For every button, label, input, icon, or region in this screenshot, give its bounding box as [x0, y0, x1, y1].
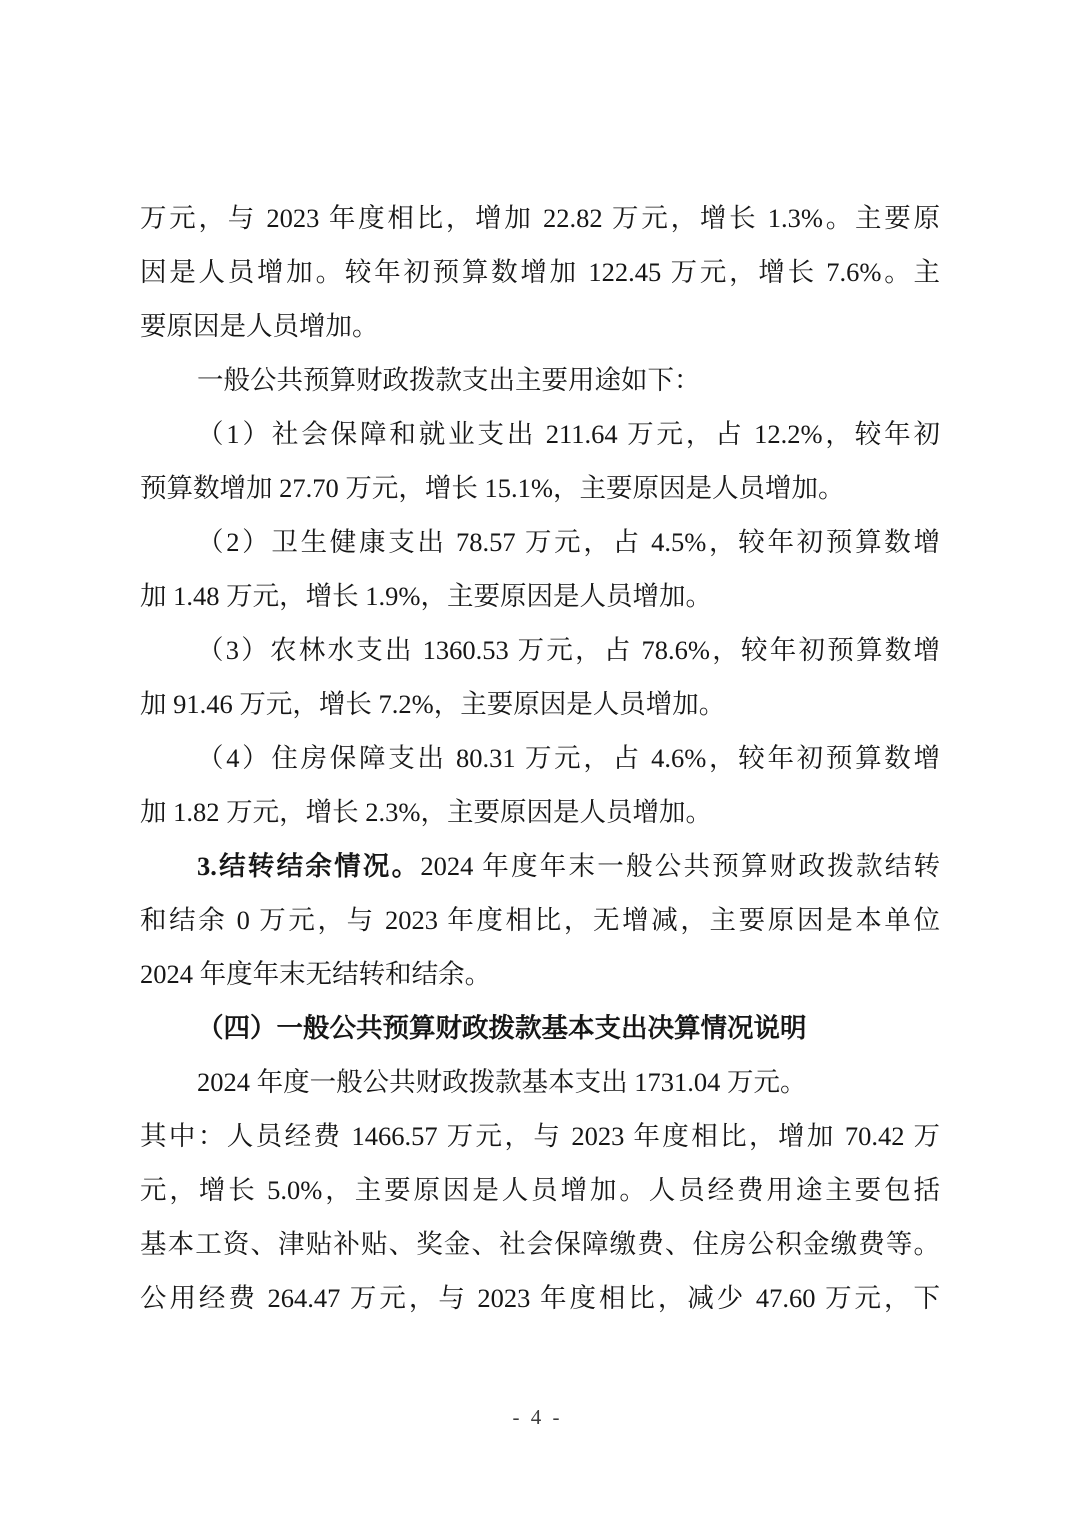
document-page: 万元，与 2023 年度相比，增加 22.82 万元，增长 1.3%。主要原 因… — [0, 0, 1075, 1520]
section-heading: （四）一般公共预算财政拨款基本支出决算情况说明 — [140, 1001, 940, 1055]
text-line: 其中：人员经费 1466.57 万元，与 2023 年度相比，增加 70.42 … — [140, 1109, 940, 1163]
page-number: - 4 - — [0, 1402, 1075, 1432]
text-line: 因是人员增加。较年初预算数增加 122.45 万元，增长 7.6%。主 — [140, 245, 940, 299]
text-line: （2）卫生健康支出 78.57 万元，占 4.5%，较年初预算数增 — [140, 515, 940, 569]
document-text-block: 万元，与 2023 年度相比，增加 22.82 万元，增长 1.3%。主要原 因… — [140, 191, 940, 1325]
text-line: 元，增长 5.0%，主要原因是人员增加。人员经费用途主要包括 — [140, 1163, 940, 1217]
text-line: 公用经费 264.47 万元，与 2023 年度相比，减少 47.60 万元，下 — [140, 1271, 940, 1325]
paragraph-item-3-agriculture-water: （3）农林水支出 1360.53 万元，占 78.6%，较年初预算数增 加 91… — [140, 623, 940, 731]
text-line: （3）农林水支出 1360.53 万元，占 78.6%，较年初预算数增 — [140, 623, 940, 677]
text-line: 一般公共预算财政拨款支出主要用途如下： — [140, 353, 940, 407]
paragraph-section4-heading: （四）一般公共预算财政拨款基本支出决算情况说明 — [140, 1001, 940, 1055]
paragraph-overflow-funding: 万元，与 2023 年度相比，增加 22.82 万元，增长 1.3%。主要原 因… — [140, 191, 940, 353]
text-line: 2024 年度一般公共财政拨款基本支出 1731.04 万元。 — [140, 1055, 940, 1109]
text-line: （1）社会保障和就业支出 211.64 万元，占 12.2%，较年初 — [140, 407, 940, 461]
text-line: 加 91.46 万元，增长 7.2%，主要原因是人员增加。 — [140, 677, 940, 731]
paragraph-item-2-health: （2）卫生健康支出 78.57 万元，占 4.5%，较年初预算数增 加 1.48… — [140, 515, 940, 623]
paragraph-carryover-balance: 3.结转结余情况。2024 年度年末一般公共预算财政拨款结转 和结余 0 万元，… — [140, 839, 940, 1001]
text-line: 基本工资、津贴补贴、奖金、社会保障缴费、住房公积金缴费等。 — [140, 1217, 940, 1271]
paragraph-basic-expenditure-total: 2024 年度一般公共财政拨款基本支出 1731.04 万元。 — [140, 1055, 940, 1109]
text-line: （4）住房保障支出 80.31 万元，占 4.6%，较年初预算数增 — [140, 731, 940, 785]
text-segment: 2024 年度年末一般公共预算财政拨款结转 — [420, 851, 940, 881]
text-line: 预算数增加 27.70 万元，增长 15.1%，主要原因是人员增加。 — [140, 461, 940, 515]
text-line: 要原因是人员增加。 — [140, 299, 940, 353]
text-line: 加 1.82 万元，增长 2.3%，主要原因是人员增加。 — [140, 785, 940, 839]
paragraph-item-4-housing: （4）住房保障支出 80.31 万元，占 4.6%，较年初预算数增 加 1.82… — [140, 731, 940, 839]
text-line: 2024 年度年末无结转和结余。 — [140, 947, 940, 1001]
text-line: 3.结转结余情况。2024 年度年末一般公共预算财政拨款结转 — [140, 839, 940, 893]
bold-lead-carryover: 3.结转结余情况。 — [197, 851, 420, 881]
paragraph-item-1-social-security: （1）社会保障和就业支出 211.64 万元，占 12.2%，较年初 预算数增加… — [140, 407, 940, 515]
paragraph-usage-intro: 一般公共预算财政拨款支出主要用途如下： — [140, 353, 940, 407]
text-line: 和结余 0 万元，与 2023 年度相比，无增减，主要原因是本单位 — [140, 893, 940, 947]
text-line: 万元，与 2023 年度相比，增加 22.82 万元，增长 1.3%。主要原 — [140, 191, 940, 245]
text-line: 加 1.48 万元，增长 1.9%，主要原因是人员增加。 — [140, 569, 940, 623]
paragraph-basic-expenditure-detail: 其中：人员经费 1466.57 万元，与 2023 年度相比，增加 70.42 … — [140, 1109, 940, 1325]
